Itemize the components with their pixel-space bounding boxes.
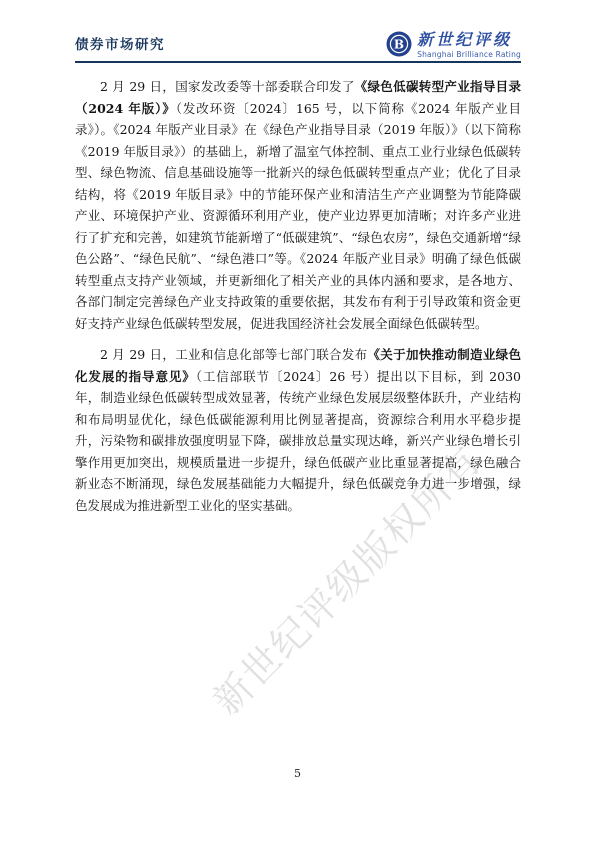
body-text: 2 月 29 日，国家发改委等十部委联合印发了《绿色低碳转型产业指导目录（202… [75,76,521,526]
brand-name-cn: 新世纪评级 [417,31,512,49]
brand-emblem-letter: B [394,38,404,52]
header-rule [75,61,521,63]
brand-emblem-icon: B [386,31,412,57]
brand-text: 新世纪评级 Shanghai Brilliance Rating [417,31,521,58]
paragraph-2: 2 月 29 日，工业和信息化部等七部门联合发布《关于加快推动制造业绿色化发展的… [75,344,521,516]
brand-logo: B 新世纪评级 Shanghai Brilliance Rating [386,31,521,60]
para1-text-post: （发改环资〔2024〕165 号，以下简称《2024 年版产业目录》）。《202… [75,101,521,331]
para1-text-pre: 2 月 29 日，国家发改委等十部委联合印发了 [100,79,355,94]
brand-name-en: Shanghai Brilliance Rating [417,51,521,59]
report-section-title: 债券市场研究 [75,33,165,60]
para2-text-pre: 2 月 29 日，工业和信息化部等七部门联合发布 [100,347,367,362]
para2-text-post: （工信部联节〔2024〕26 号）提出以下目标，到 2030 年，制造业绿色低碳… [75,369,521,513]
paragraph-1: 2 月 29 日，国家发改委等十部委联合印发了《绿色低碳转型产业指导目录（202… [75,76,521,334]
page-number: 5 [0,767,595,780]
document-page: 债券市场研究 B 新世纪评级 Shanghai Brilliance Ratin… [0,0,595,842]
header: 债券市场研究 B 新世纪评级 Shanghai Brilliance Ratin… [75,26,521,60]
